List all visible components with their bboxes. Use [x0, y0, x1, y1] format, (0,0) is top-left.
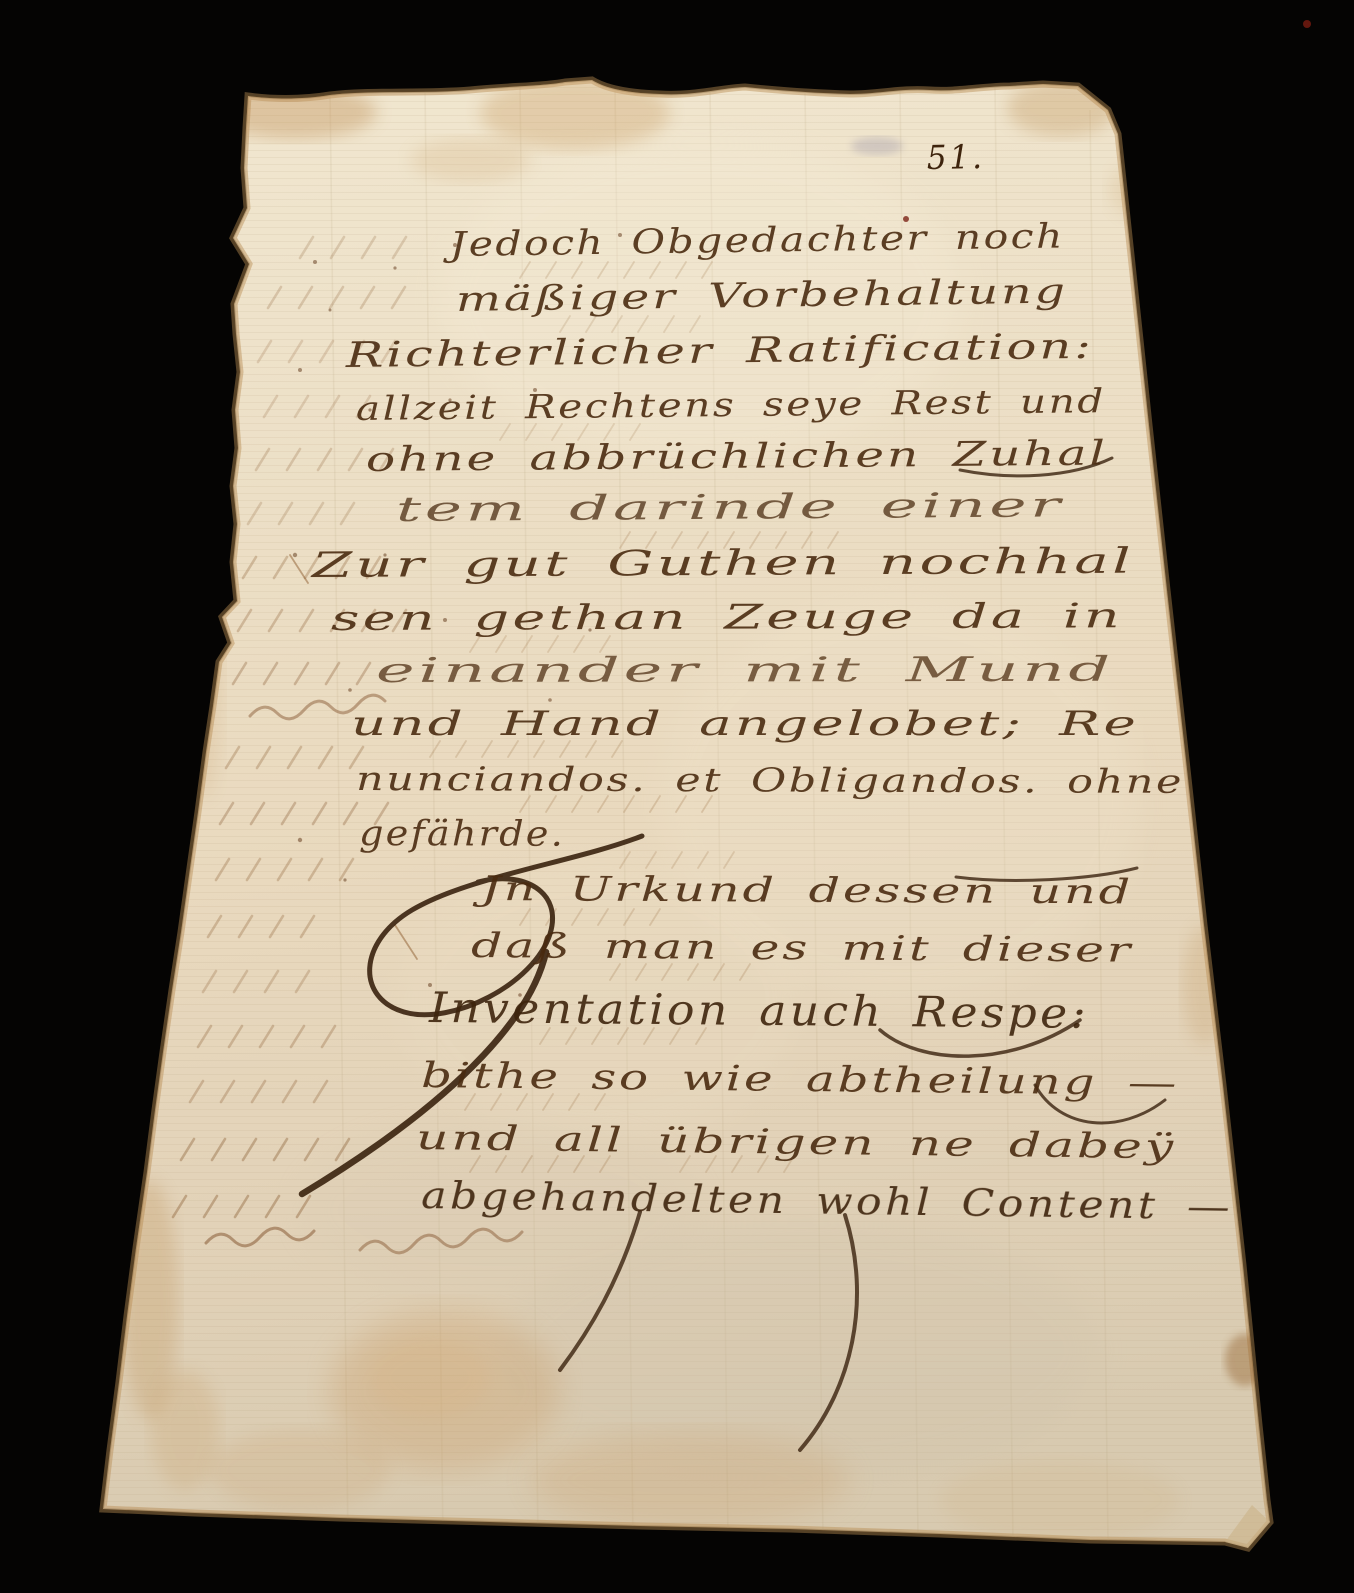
- photo-backdrop: { "scene": { "type": "photograph of an a…: [0, 0, 1354, 1593]
- manuscript-line: allzeit Rechtens seye Rest und: [356, 381, 1106, 428]
- manuscript-line: tem darinde einer: [396, 485, 1064, 530]
- manuscript-line: gefährde.: [359, 814, 565, 855]
- graphite-smudge: [851, 137, 903, 155]
- manuscript-line: nunciandos. et Obligandos. ohne: [356, 759, 1184, 801]
- manuscript-line: ohne abbrüchlichen Zuhal: [366, 434, 1108, 480]
- manuscript-line: sen gethan Zeuge da in: [331, 596, 1123, 639]
- manuscript-line: Inventation auch Respe:: [428, 983, 1089, 1038]
- manuscript-photo: 51. Jedoch Obgedachter noch mäßiger Vorb…: [0, 0, 1354, 1593]
- red-speck: [1303, 20, 1311, 28]
- manuscript-line: mäßiger Vorbehaltung: [456, 271, 1068, 320]
- manuscript-line: Jn Urkund dessen und: [472, 869, 1133, 912]
- manuscript-line: bithe so wie abtheilung —: [421, 1056, 1179, 1104]
- red-speck: [903, 216, 909, 222]
- manuscript-line: Zur gut Guthen nochhal: [310, 542, 1134, 586]
- manuscript-line: daß man es mit dieser: [471, 926, 1133, 971]
- manuscript-line: einander mit Mund: [376, 650, 1114, 691]
- manuscript-line: und Hand angelobet; Re: [351, 704, 1139, 744]
- page-number: 51.: [926, 137, 985, 177]
